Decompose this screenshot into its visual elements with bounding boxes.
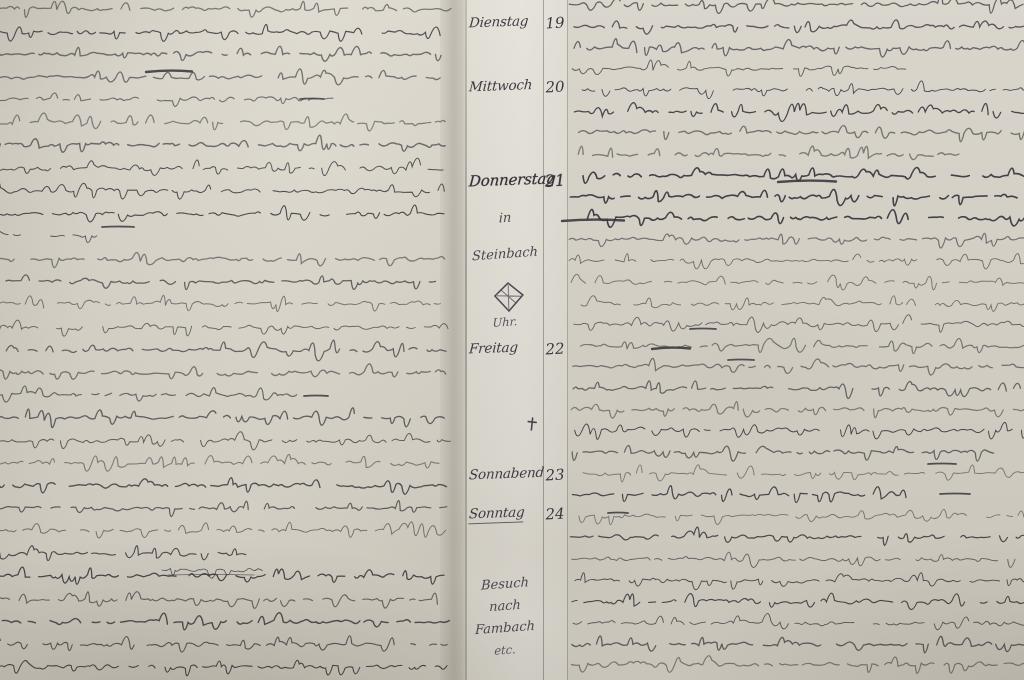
margin-date-text: Sonntag <box>468 504 525 524</box>
handwriting-line <box>0 546 247 561</box>
handwriting-line <box>569 527 1024 545</box>
handwriting-line <box>572 358 1024 375</box>
handwriting-line <box>0 613 450 630</box>
margin-day-number: 24 <box>544 504 567 523</box>
handwriting-line <box>571 552 1024 567</box>
handwriting-line <box>578 146 960 160</box>
handwriting-line <box>568 0 1024 13</box>
handwriting-line <box>0 158 444 175</box>
handwriting-line <box>571 636 1024 653</box>
paragraph-dash <box>300 99 324 100</box>
handwriting-line <box>568 233 1024 248</box>
diamond-seal-icon <box>492 281 526 317</box>
handwriting-line <box>568 254 1024 269</box>
handwriting-line <box>574 422 1024 439</box>
handwriting-line <box>581 81 1024 99</box>
handwriting-line <box>0 24 441 41</box>
cross-icon <box>526 416 538 436</box>
handwriting-line <box>569 189 1024 205</box>
handwriting-line <box>0 182 445 199</box>
paragraph-dash <box>690 329 716 330</box>
handwriting-line <box>580 296 1024 312</box>
handwriting-line <box>0 636 448 652</box>
handwriting-line <box>0 454 440 471</box>
strikethrough-mark <box>652 348 690 349</box>
strikethrough-mark <box>778 181 836 182</box>
paragraph-dash <box>940 494 970 495</box>
handwriting-line <box>571 486 907 503</box>
handwriting-line <box>571 60 913 76</box>
margin-day-number: 19 <box>544 13 567 32</box>
paragraph-dash <box>728 360 754 361</box>
handwriting-line <box>570 274 1024 290</box>
margin-date-label: Donnerstag <box>468 170 545 191</box>
margin-date-label: Sonntag <box>468 504 545 523</box>
handwriting-line <box>0 275 447 290</box>
handwriting-line <box>0 660 447 675</box>
handwriting-line <box>0 386 306 402</box>
margin-date-label: Sonnabend <box>468 465 545 484</box>
handwriting-line <box>0 113 446 131</box>
interlinear-insertion <box>162 568 263 578</box>
handwriting-line <box>0 46 442 61</box>
handwriting-line <box>573 315 1024 333</box>
handwriting-line <box>0 1 452 17</box>
handwriting-line <box>0 93 334 107</box>
handwriting-line <box>0 205 445 222</box>
handwriting-line <box>0 295 441 311</box>
handwriting-line <box>578 509 1024 524</box>
handwriting-line <box>0 227 98 243</box>
handwriting-line <box>571 593 1024 609</box>
paragraph-dash <box>608 513 628 514</box>
handwriting-line <box>573 103 1024 122</box>
handwriting-line <box>0 432 452 450</box>
margin-date-label: Freitag <box>468 339 545 358</box>
handwriting-line <box>0 69 449 85</box>
margin-day-number: 23 <box>544 465 567 484</box>
paragraph-dash <box>928 464 956 465</box>
handwriting-line <box>572 614 1024 630</box>
handwriting-line <box>587 209 1024 227</box>
handwriting-line <box>0 340 447 361</box>
handwriting-line <box>0 408 445 428</box>
manuscript-photo: Dienstag19Mittwoch20Donnerstag21inSteinb… <box>0 0 1024 680</box>
margin-day-number: 21 <box>544 170 567 190</box>
margin-day-number: 20 <box>544 77 567 96</box>
paragraph-dash <box>102 227 134 228</box>
handwriting-line <box>0 364 447 379</box>
handwriting-line <box>570 402 1024 418</box>
handwriting-line <box>578 125 1024 141</box>
handwriting-line <box>574 573 1024 590</box>
handwriting-line <box>580 338 1024 353</box>
handwriting-line <box>572 381 1024 399</box>
handwriting-line <box>0 320 449 336</box>
strikethrough-mark <box>146 71 192 72</box>
handwriting-line <box>573 20 1024 34</box>
handwriting-line <box>0 478 447 494</box>
margin-day-number: 22 <box>544 339 567 358</box>
handwriting-line <box>0 592 439 609</box>
handwriting-line <box>573 39 1024 57</box>
handwriting-line <box>582 465 1024 482</box>
paragraph-dash <box>304 396 328 397</box>
margin-date-label: Mittwoch <box>468 77 545 96</box>
handwriting-line <box>0 253 445 268</box>
handwriting-line <box>0 522 446 538</box>
handwriting-line <box>0 501 447 517</box>
margin-date-label: Dienstag <box>468 13 545 32</box>
handwriting-line <box>571 446 994 462</box>
strikethrough-mark <box>562 220 624 221</box>
handwriting-line <box>0 135 446 152</box>
handwriting-line <box>571 656 1024 674</box>
